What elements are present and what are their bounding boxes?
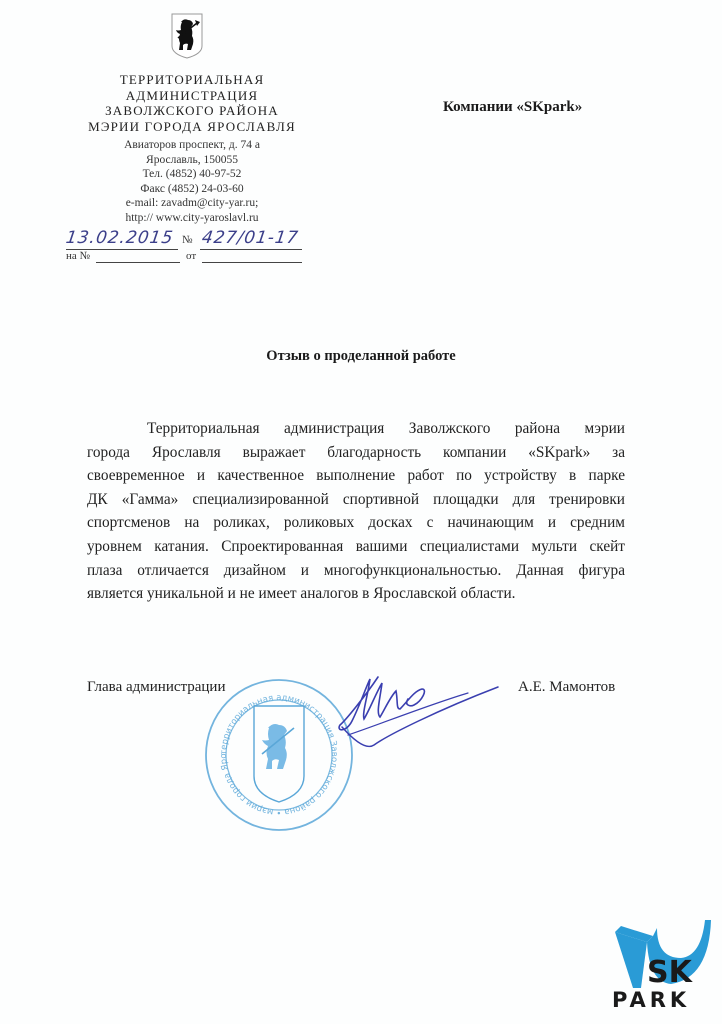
logo-text-park: PARK xyxy=(612,989,690,1011)
body-line: Территориальная администрация Заволжског… xyxy=(87,417,625,441)
from-underline xyxy=(202,262,302,263)
reference-underline xyxy=(96,262,180,263)
address-line: Авиаторов проспект, д. 74 а xyxy=(62,138,322,153)
coat-of-arms-icon xyxy=(170,12,204,60)
body-line: уровнем катания. Спроектированная вашими… xyxy=(87,535,625,559)
reference-row: на № от xyxy=(66,250,326,264)
skpark-logo: SK PARK xyxy=(611,918,711,1018)
addressee: Компании «SKpark» xyxy=(443,99,582,116)
body-line: своевременное и качественное выполнение … xyxy=(87,464,625,488)
org-line: ЗАВОЛЖСКОГО РАЙОНА xyxy=(62,103,322,119)
org-line: АДМИНИСТРАЦИЯ xyxy=(62,88,322,104)
signature-icon xyxy=(318,665,503,765)
body-line: спортсменов на роликах, роликовых досках… xyxy=(87,511,625,535)
letter-page: ТЕРРИТОРИАЛЬНАЯ АДМИНИСТРАЦИЯ ЗАВОЛЖСКОГ… xyxy=(0,0,722,1024)
organization-name: ТЕРРИТОРИАЛЬНАЯ АДМИНИСТРАЦИЯ ЗАВОЛЖСКОГ… xyxy=(62,72,322,134)
letter-body: Территориальная администрация Заволжског… xyxy=(87,417,625,606)
body-line: ДК «Гамма» специализированной спортивной… xyxy=(87,488,625,512)
body-line: является уникальной и не имеет аналогов … xyxy=(87,582,625,606)
org-line: МЭРИИ ГОРОДА ЯРОСЛАВЛЯ xyxy=(62,119,322,135)
email-line: e-mail: zavadm@city-yar.ru; xyxy=(62,196,322,211)
body-line: города Ярославля выражает благодарность … xyxy=(87,441,625,465)
registration-date: 13.02.2015 xyxy=(65,228,175,248)
city-line: Ярославль, 150055 xyxy=(62,153,322,168)
website-line: http:// www.city-yaroslavl.ru xyxy=(62,211,322,226)
registration-row: 13.02.2015 № 427/01-17 xyxy=(66,228,326,250)
registration-number: 427/01-17 xyxy=(201,228,300,248)
phone-line: Тел. (4852) 40-97-52 xyxy=(62,167,322,182)
document-title: Отзыв о проделанной работе xyxy=(0,348,722,365)
fax-line: Факс (4852) 24-03-60 xyxy=(62,182,322,197)
number-label: № xyxy=(182,234,193,246)
reference-label: на № xyxy=(66,250,90,262)
signatory-role: Глава администрации xyxy=(87,679,225,696)
signatory-name: А.Е. Мамонтов xyxy=(518,679,615,696)
organization-contacts: Авиаторов проспект, д. 74 а Ярославль, 1… xyxy=(62,138,322,225)
from-label: от xyxy=(186,250,196,262)
logo-text-sk: SK xyxy=(647,958,692,988)
body-line: плаза отличается дизайном и многофункцио… xyxy=(87,559,625,583)
org-line: ТЕРРИТОРИАЛЬНАЯ xyxy=(62,72,322,88)
